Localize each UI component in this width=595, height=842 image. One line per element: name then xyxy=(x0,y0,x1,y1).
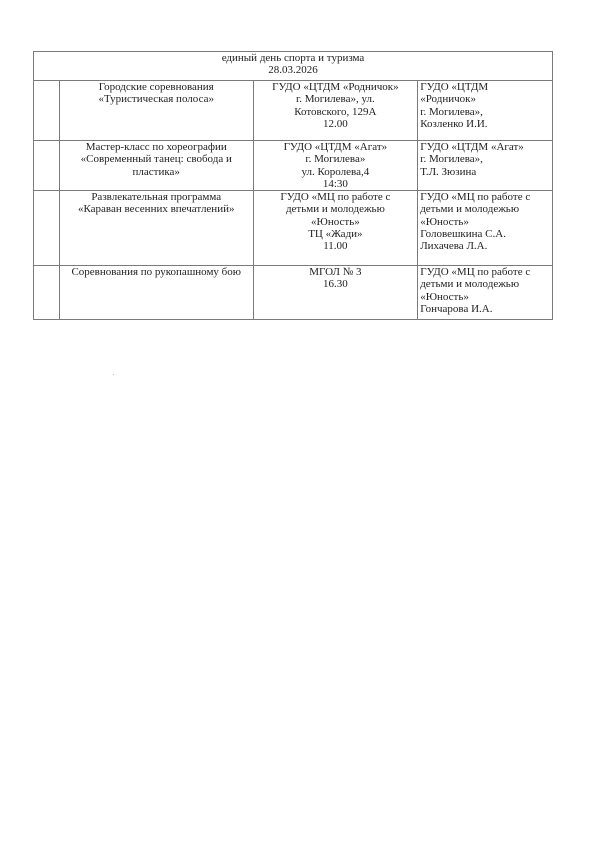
place-line: г. Могилева» xyxy=(256,153,416,165)
place-line: ГУДО «ЦТДМ «Агат» xyxy=(256,141,416,153)
number-cell xyxy=(34,141,60,191)
responsible-line: ГУДО «ЦТДМ xyxy=(420,81,550,93)
place-line: «Юность» xyxy=(256,216,416,228)
place-line: ГУДО «ЦТДМ «Родничок» xyxy=(256,81,416,93)
responsible-line: детьми и молодежью xyxy=(420,203,550,215)
event-line: Соревнования по рукопашному бою xyxy=(62,266,251,278)
responsible-line: «Родничок» xyxy=(420,93,550,105)
event-line: «Туристическая полоса» xyxy=(62,93,251,105)
place-cell: ГУДО «ЦТДМ «Агат» г. Могилева» ул. Корол… xyxy=(253,141,418,191)
place-line: 12.00 xyxy=(256,118,416,130)
event-cell: Соревнования по рукопашному бою xyxy=(59,266,253,320)
table-row: Городские соревнования «Туристическая по… xyxy=(34,81,553,141)
event-line: пластика» xyxy=(62,166,251,178)
place-line: ул. Королева,4 xyxy=(256,166,416,178)
place-line: 11.00 xyxy=(256,240,416,252)
place-line: Котовского, 129А xyxy=(256,106,416,118)
header-title: единый день спорта и туризма xyxy=(36,52,550,64)
event-line: Городские соревнования xyxy=(62,81,251,93)
event-line: Мастер-класс по хореографии xyxy=(62,141,251,153)
place-line: г. Могилева», ул. xyxy=(256,93,416,105)
responsible-line: Козленко И.И. xyxy=(420,118,550,130)
place-cell: ГУДО «ЦТДМ «Родничок» г. Могилева», ул. … xyxy=(253,81,418,141)
place-cell: МГОЛ № 3 16.30 xyxy=(253,266,418,320)
number-cell xyxy=(34,266,60,320)
table-row: Соревнования по рукопашному бою МГОЛ № 3… xyxy=(34,266,553,320)
responsible-line: «Юность» xyxy=(420,291,550,303)
place-line: детьми и молодежью xyxy=(256,203,416,215)
place-line: ГУДО «МЦ по работе с xyxy=(256,191,416,203)
event-line: Развлекательная программа xyxy=(62,191,251,203)
header-date: 28.03.2026 xyxy=(36,64,550,76)
event-cell: Мастер-класс по хореографии «Современный… xyxy=(59,141,253,191)
responsible-line: г. Могилева», xyxy=(420,106,550,118)
event-cell: Развлекательная программа «Караван весен… xyxy=(59,191,253,266)
responsible-cell: ГУДО «ЦТДМ «Родничок» г. Могилева», Козл… xyxy=(418,81,553,141)
place-line: 14:30 xyxy=(256,178,416,190)
event-cell: Городские соревнования «Туристическая по… xyxy=(59,81,253,141)
responsible-line: ГУДО «ЦТДМ «Агат» xyxy=(420,141,550,153)
responsible-line: ГУДО «МЦ по работе с xyxy=(420,266,550,278)
responsible-line: детьми и молодежью xyxy=(420,278,550,290)
place-line: 16.30 xyxy=(256,278,416,290)
event-line: «Караван весенних впечатлений» xyxy=(62,203,251,215)
number-cell xyxy=(34,191,60,266)
responsible-line: г. Могилева», xyxy=(420,153,550,165)
header-cell: единый день спорта и туризма 28.03.2026 xyxy=(34,52,553,81)
responsible-line: «Юность» xyxy=(420,216,550,228)
table-row: Развлекательная программа «Караван весен… xyxy=(34,191,553,266)
event-line: «Современный танец: свобода и xyxy=(62,153,251,165)
table-row: Мастер-класс по хореографии «Современный… xyxy=(34,141,553,191)
responsible-line: Лихачева Л.А. xyxy=(420,240,550,252)
place-line: ТЦ «Жади» xyxy=(256,228,416,240)
place-line: МГОЛ № 3 xyxy=(256,266,416,278)
responsible-line: ГУДО «МЦ по работе с xyxy=(420,191,550,203)
responsible-cell: ГУДО «МЦ по работе с детьми и молодежью … xyxy=(418,191,553,266)
document-page: единый день спорта и туризма 28.03.2026 … xyxy=(0,0,595,842)
schedule-table: единый день спорта и туризма 28.03.2026 … xyxy=(33,51,553,320)
place-cell: ГУДО «МЦ по работе с детьми и молодежью … xyxy=(253,191,418,266)
responsible-line: Головешкина С.А. xyxy=(420,228,550,240)
responsible-line: Гончарова И.А. xyxy=(420,303,550,315)
responsible-line: Т.Л. Зюзина xyxy=(420,166,550,178)
scan-speck xyxy=(113,374,114,375)
responsible-cell: ГУДО «ЦТДМ «Агат» г. Могилева», Т.Л. Зюз… xyxy=(418,141,553,191)
number-cell xyxy=(34,81,60,141)
table-header-row: единый день спорта и туризма 28.03.2026 xyxy=(34,52,553,81)
responsible-cell: ГУДО «МЦ по работе с детьми и молодежью … xyxy=(418,266,553,320)
